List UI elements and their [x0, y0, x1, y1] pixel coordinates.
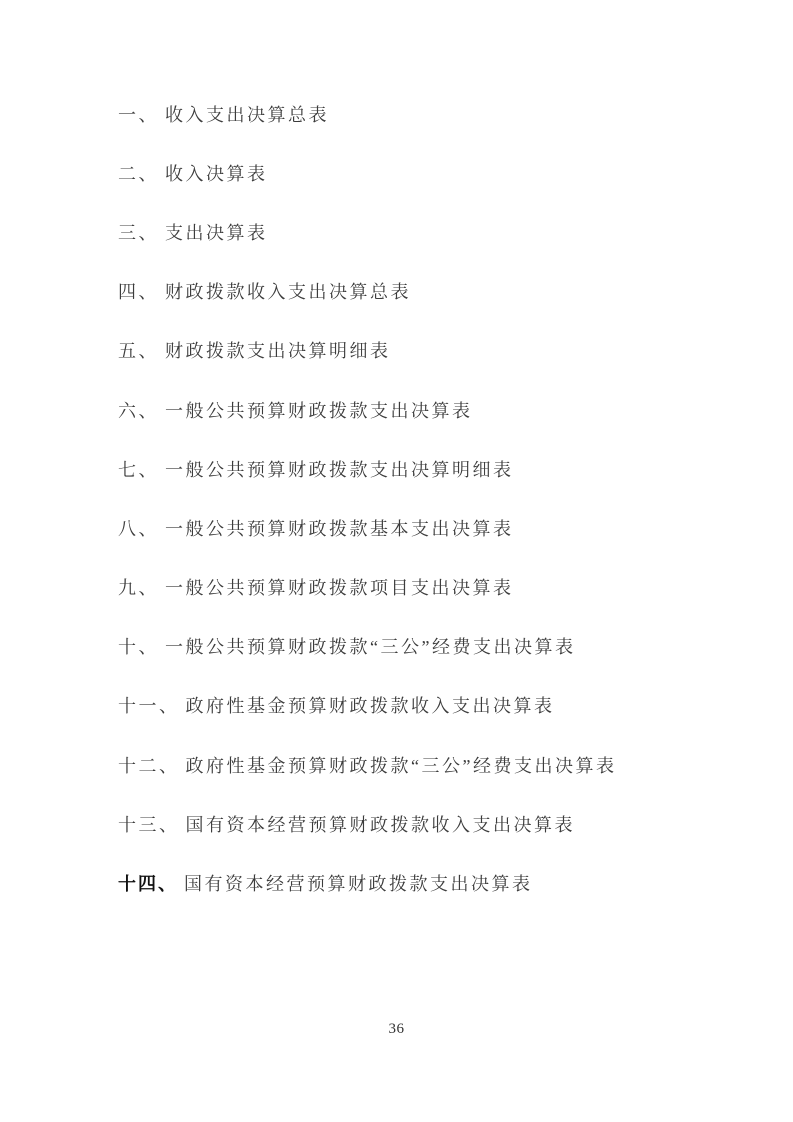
list-item-title: 财政拨款收入支出决算总表 — [165, 278, 411, 304]
list-item-title: 一般公共预算财政拨款基本支出决算表 — [165, 515, 514, 541]
list-item-title: 政府性基金预算财政拨款“三公”经费支出决算表 — [186, 752, 617, 778]
list-item-number: 五、 — [118, 337, 159, 363]
list-item-title: 支出决算表 — [165, 219, 268, 245]
page-footer: 36 — [0, 1021, 793, 1038]
list-item-number: 十二、 — [118, 752, 180, 778]
list-item-title: 收入决算表 — [165, 160, 268, 186]
list-item-number: 十一、 — [118, 692, 180, 718]
document-page: 一、收入支出决算总表二、收入决算表三、支出决算表四、财政拨款收入支出决算总表五、… — [0, 0, 793, 1122]
list-item-number: 三、 — [118, 219, 159, 245]
list-item-title: 一般公共预算财政拨款“三公”经费支出决算表 — [165, 633, 575, 659]
list-item-4: 四、财政拨款收入支出决算总表 — [118, 262, 753, 321]
list-item-number: 十三、 — [118, 811, 180, 837]
list-item-8: 八、一般公共预算财政拨款基本支出决算表 — [118, 498, 753, 557]
list-item-14: 十四、国有资本经营预算财政拨款支出决算表 — [118, 853, 753, 912]
list-item-number: 四、 — [118, 278, 159, 304]
list-item-title: 收入支出决算总表 — [165, 101, 329, 127]
list-item-title: 一般公共预算财政拨款项目支出决算表 — [165, 574, 514, 600]
table-list: 一、收入支出决算总表二、收入决算表三、支出决算表四、财政拨款收入支出决算总表五、… — [118, 84, 753, 913]
list-item-10: 十、一般公共预算财政拨款“三公”经费支出决算表 — [118, 617, 753, 676]
list-item-9: 九、一般公共预算财政拨款项目支出决算表 — [118, 558, 753, 617]
list-item-title: 一般公共预算财政拨款支出决算表 — [165, 397, 473, 423]
list-item-number: 八、 — [118, 515, 159, 541]
list-item-number: 二、 — [118, 160, 159, 186]
list-item-title: 财政拨款支出决算明细表 — [165, 337, 391, 363]
list-item-title: 国有资本经营预算财政拨款收入支出决算表 — [186, 811, 576, 837]
list-item-7: 七、一般公共预算财政拨款支出决算明细表 — [118, 439, 753, 498]
list-item-3: 三、支出决算表 — [118, 202, 753, 261]
list-item-1: 一、收入支出决算总表 — [118, 84, 753, 143]
list-item-11: 十一、政府性基金预算财政拨款收入支出决算表 — [118, 676, 753, 735]
list-item-12: 十二、政府性基金预算财政拨款“三公”经费支出决算表 — [118, 735, 753, 794]
list-item-number: 六、 — [118, 397, 159, 423]
list-item-number: 一、 — [118, 101, 159, 127]
list-item-number: 七、 — [118, 456, 159, 482]
list-item-title: 一般公共预算财政拨款支出决算明细表 — [165, 456, 514, 482]
list-item-5: 五、财政拨款支出决算明细表 — [118, 321, 753, 380]
list-item-2: 二、收入决算表 — [118, 143, 753, 202]
list-item-title: 国有资本经营预算财政拨款支出决算表 — [184, 870, 533, 896]
list-item-number: 十、 — [118, 633, 159, 659]
list-item-title: 政府性基金预算财政拨款收入支出决算表 — [186, 692, 555, 718]
list-item-number: 九、 — [118, 574, 159, 600]
list-item-13: 十三、国有资本经营预算财政拨款收入支出决算表 — [118, 794, 753, 853]
list-item-number: 十四、 — [118, 870, 178, 896]
page-number: 36 — [389, 1021, 405, 1037]
list-item-6: 六、一般公共预算财政拨款支出决算表 — [118, 380, 753, 439]
